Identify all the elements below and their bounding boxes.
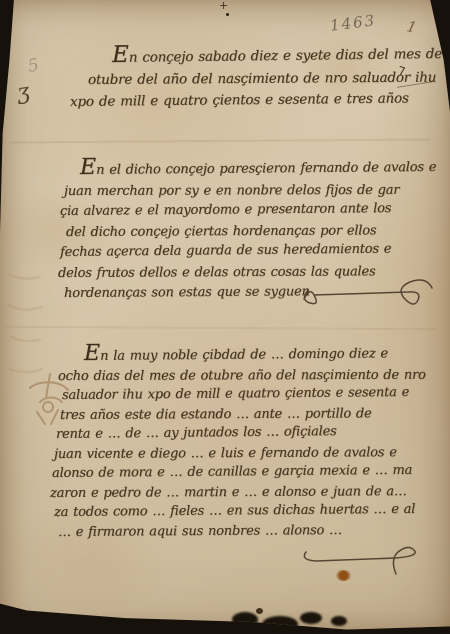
manuscript-line: fechas açerca dela guarda de sus heredam…: [60, 239, 436, 263]
manuscript-page: 1463 1 + 5 ʒ ⁊ En conçejo sabado diez e …: [0, 0, 450, 634]
manuscript-line: za todos como … fieles … en sus dichas h…: [54, 500, 426, 523]
manuscript-line: çia alvarez e el mayordomo e presentaron…: [60, 199, 436, 223]
manuscript-scan: 1463 1 + 5 ʒ ⁊ En conçejo sabado diez e …: [0, 0, 450, 634]
paragraph-1: En conçejo sabado diez e syete dias del …: [0, 44, 442, 113]
pencil-year-annotation: 1463: [329, 11, 377, 34]
manuscript-line: xpo de mill e quatro çientos e sesenta e…: [70, 87, 442, 113]
edge-damage-blob: [331, 616, 347, 626]
manuscript-line: saluador ihu xpo de mill e quatro çiento…: [62, 383, 426, 406]
edge-damage-blob: [300, 612, 322, 624]
ink-dot: [226, 13, 229, 16]
ink-spot: [256, 608, 263, 614]
verso-show-through: [2, 265, 52, 415]
manuscript-line: En conçejo sabado diez e syete dias del …: [112, 40, 442, 69]
cross-registration-mark: +: [219, 0, 228, 12]
manuscript-line: alonso de mora e … de canillas e garçia …: [52, 461, 426, 484]
rust-stain: [336, 570, 351, 581]
edge-damage-blob: [262, 616, 298, 632]
paper-crease: [10, 139, 430, 144]
manuscript-line: renta e … de … ay juntados los … ofiçial…: [56, 421, 426, 444]
paraph-flourish-line: [300, 278, 440, 328]
manuscript-line: En el dicho conçejo paresçieron fernando…: [80, 154, 436, 182]
folio-number: 1: [405, 17, 419, 37]
signature-flourish: [300, 538, 430, 578]
edge-damage-blob: [232, 612, 258, 627]
manuscript-line: En la muy noble çibdad de … domingo diez…: [84, 341, 426, 366]
edge-damage-blob: [116, 621, 170, 632]
